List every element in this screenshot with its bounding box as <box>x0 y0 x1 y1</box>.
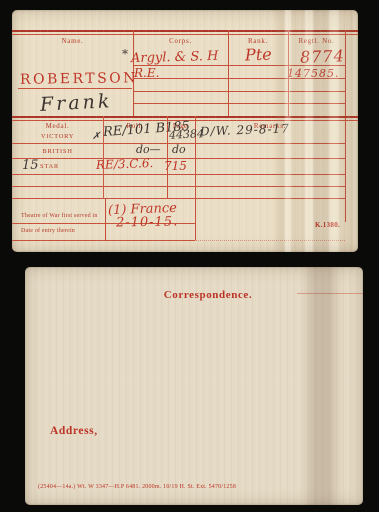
ruled-line <box>297 293 363 294</box>
victory-page-entry: 44384 <box>169 128 205 141</box>
surname-entry: ROBERTSON <box>20 71 138 87</box>
address-label: Address, <box>50 426 98 438</box>
column-header-medal: Medal. <box>12 123 103 130</box>
rank-entry: Pte <box>245 47 272 64</box>
british-page-ditto: do <box>172 144 186 155</box>
scanned-page: Name. Corps. Rank. Regtl. No. ROBERTSON … <box>0 0 379 512</box>
medal-label-star: STAR <box>40 164 70 171</box>
ruled-line <box>195 240 345 241</box>
ruled-line <box>133 91 345 92</box>
regtl-no-entry-1: 8774 <box>300 48 345 66</box>
ruled-line <box>12 30 358 32</box>
medal-label-british: BRITISH <box>12 149 103 156</box>
british-roll-ditto: do— <box>136 144 161 155</box>
forename-entry: Frank <box>40 92 113 115</box>
victory-roll-mark: ✗ <box>92 132 100 142</box>
ruled-line <box>12 198 345 199</box>
date-of-entry-label: Date of entry therein <box>21 228 101 234</box>
ruled-line <box>133 103 345 104</box>
ruled-line <box>12 174 345 175</box>
table-right-edge <box>345 30 346 222</box>
medal-index-card-front: Name. Corps. Rank. Regtl. No. ROBERTSON … <box>12 10 358 252</box>
corps-entry-1: Argyl. & S. H <box>131 50 219 65</box>
ruled-line <box>12 186 345 187</box>
star-page-entry: 715 <box>164 160 187 172</box>
ruled-line <box>12 240 195 241</box>
printer-code: (25404—14a.) Wt. W 3347—H.P 6481. 2000m.… <box>38 484 298 490</box>
remarks-entry: D/W. 29-8-17 <box>200 122 290 137</box>
corps-entry-2: R.E. <box>134 67 159 79</box>
medal-label-victory: VICTORY <box>12 134 103 141</box>
column-divider <box>105 198 106 240</box>
scan-shadow-band <box>25 267 363 505</box>
paper-texture <box>25 267 363 505</box>
ruled-line <box>12 116 358 118</box>
date-of-entry-entry: 2-10-15. <box>116 215 178 229</box>
name-underline <box>18 88 132 89</box>
column-header-name: Name. <box>12 38 133 45</box>
regtl-no-entry-2: 147585. <box>287 68 340 79</box>
ruled-line <box>12 34 358 35</box>
correspondence-label: Correspondence. <box>143 290 273 301</box>
corps-annotation-mark: * <box>122 48 128 60</box>
form-code: K.1380. <box>315 222 340 229</box>
star-roll-entry: RE/3.C.6. <box>96 157 154 171</box>
theatre-of-war-label: Theatre of War first served in <box>21 213 105 219</box>
column-header-regtl-no: Regtl. No. <box>288 38 345 45</box>
column-header-corps: Corps. <box>133 38 228 45</box>
column-header-rank: Rank. <box>228 38 288 45</box>
medal-index-card-back: Correspondence. Address, (25404—14a.) Wt… <box>25 267 363 505</box>
star-prefix-15: 15 <box>22 159 39 172</box>
